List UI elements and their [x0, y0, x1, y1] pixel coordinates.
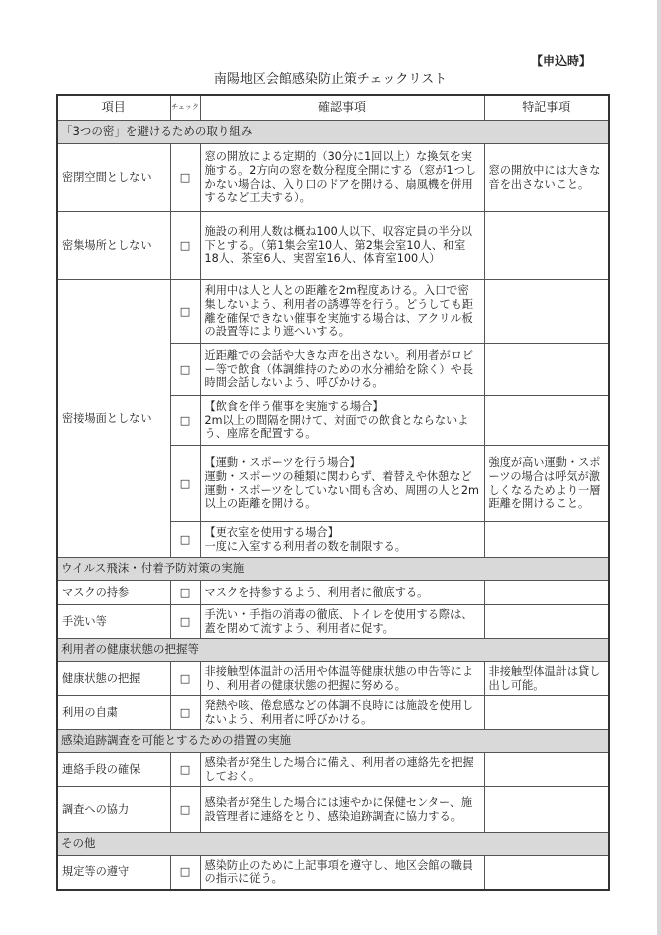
header-notes: 特記事項: [484, 95, 609, 121]
section-header: 「3つの密」を避けるための取り組み: [57, 121, 609, 144]
checkbox[interactable]: □: [170, 856, 200, 890]
section-header: その他: [57, 833, 609, 856]
item-cell: 規定等の遵守: [57, 856, 170, 890]
table-row: 健康状態の把握□非接触型体温計の活用や体温等健康状態の申告等により、利用者の健康…: [57, 662, 609, 696]
checkbox[interactable]: □: [170, 662, 200, 696]
notes-cell: [484, 280, 609, 344]
table-row: 規定等の遵守□感染防止のために上記事項を遵守し、地区会館の職員の指示に従う。: [57, 856, 609, 890]
table-row: マスクの持参□マスクを持参するよう、利用者に徹底する。: [57, 581, 609, 605]
notes-cell: 窓の開放中には大きな音を出さないこと。: [484, 144, 609, 212]
notes-cell: [484, 212, 609, 280]
table-row: 調査への協力□感染者が発生した場合には速やかに保健センター、施設管理者に連絡をと…: [57, 787, 609, 833]
checkbox[interactable]: □: [170, 522, 200, 558]
section-header: ウイルス飛沫・付着予防対策の実施: [57, 558, 609, 581]
confirm-cell: 近距離での会話や大きな声を出さない。利用者がロビー等で飲食（体調維持のための水分…: [200, 344, 484, 396]
confirm-cell: 利用中は人と人との距離を2m程度あける。入口で密集しないよう、利用者の誘導等を行…: [200, 280, 484, 344]
notes-cell: [484, 787, 609, 833]
notes-cell: [484, 344, 609, 396]
notes-cell: [484, 396, 609, 446]
section-title: 感染追跡調査を可能とするための措置の実施: [57, 730, 609, 753]
header-confirm: 確認事項: [200, 95, 484, 121]
table-row: 密集場所としない□施設の利用人数は概ね100人以下、収容定員の半分以下とする。（…: [57, 212, 609, 280]
checkbox[interactable]: □: [170, 753, 200, 787]
confirm-cell: 【飲食を伴う催事を実施する場合】 2m以上の間隔を開けて、対面での飲食とならない…: [200, 396, 484, 446]
checkbox[interactable]: □: [170, 446, 200, 522]
table-row: 連絡手段の確保□感染者が発生した場合に備え、利用者の連絡先を把握しておく。: [57, 753, 609, 787]
scan-edge: [657, 0, 661, 935]
confirm-cell: マスクを持参するよう、利用者に徹底する。: [200, 581, 484, 605]
header-item: 項目: [57, 95, 170, 121]
notes-cell: [484, 696, 609, 730]
checkbox[interactable]: □: [170, 212, 200, 280]
confirm-cell: 非接触型体温計の活用や体温等健康状態の申告等により、利用者の健康状態の把握に努め…: [200, 662, 484, 696]
confirm-cell: 【更衣室を使用する場合】 一度に入室する利用者の数を制限する。: [200, 522, 484, 558]
notes-cell: 強度が高い運動・スポーツの場合は呼気が激しくなるためより一層距離を開けること。: [484, 446, 609, 522]
checkbox[interactable]: □: [170, 396, 200, 446]
header-row: 項目 チェック 確認事項 特記事項: [57, 95, 609, 121]
checkbox[interactable]: □: [170, 787, 200, 833]
section-title: ウイルス飛沫・付着予防対策の実施: [57, 558, 609, 581]
section-title: 利用者の健康状態の把握等: [57, 639, 609, 662]
confirm-cell: 窓の開放による定期的（30分に1回以上）な換気を実施する。2方向の窓を数分程度全…: [200, 144, 484, 212]
page-title: 南陽地区会館感染防止策チェックリスト: [0, 68, 661, 87]
checkbox[interactable]: □: [170, 581, 200, 605]
item-cell: 密集場所としない: [57, 212, 170, 280]
confirm-cell: 感染防止のために上記事項を遵守し、地区会館の職員の指示に従う。: [200, 856, 484, 890]
section-title: その他: [57, 833, 609, 856]
item-cell: 利用の自粛: [57, 696, 170, 730]
confirm-cell: 【運動・スポーツを行う場合】 運動・スポーツの種類に関わらず、着替えや休憩など運…: [200, 446, 484, 522]
section-header: 利用者の健康状態の把握等: [57, 639, 609, 662]
notes-cell: [484, 753, 609, 787]
confirm-cell: 発熱や咳、倦怠感などの体調不良時には施設を使用しないよう、利用者に呼びかける。: [200, 696, 484, 730]
item-cell: 密接場面としない: [57, 280, 170, 558]
section-header: 感染追跡調査を可能とするための措置の実施: [57, 730, 609, 753]
table-row: 密接場面としない□利用中は人と人との距離を2m程度あける。入口で密集しないよう、…: [57, 280, 609, 344]
notes-cell: [484, 522, 609, 558]
checkbox[interactable]: □: [170, 144, 200, 212]
confirm-cell: 感染者が発生した場合には速やかに保健センター、施設管理者に連絡をとり、感染追跡調…: [200, 787, 484, 833]
notes-cell: [484, 581, 609, 605]
checkbox[interactable]: □: [170, 280, 200, 344]
confirm-cell: 手洗い・手指の消毒の徹底、トイレを使用する際は、蓋を閉めて流すよう、利用者に促す…: [200, 605, 484, 639]
section-title: 「3つの密」を避けるための取り組み: [57, 121, 609, 144]
checkbox[interactable]: □: [170, 344, 200, 396]
table-row: 手洗い等□手洗い・手指の消毒の徹底、トイレを使用する際は、蓋を閉めて流すよう、利…: [57, 605, 609, 639]
item-cell: 手洗い等: [57, 605, 170, 639]
notes-cell: [484, 605, 609, 639]
table-row: 利用の自粛□発熱や咳、倦怠感などの体調不良時には施設を使用しないよう、利用者に呼…: [57, 696, 609, 730]
item-cell: 健康状態の把握: [57, 662, 170, 696]
application-badge: 【申込時】: [531, 52, 591, 69]
checkbox[interactable]: □: [170, 605, 200, 639]
item-cell: 連絡手段の確保: [57, 753, 170, 787]
table-row: 密閉空間としない□窓の開放による定期的（30分に1回以上）な換気を実施する。2方…: [57, 144, 609, 212]
checklist-table: 項目 チェック 確認事項 特記事項 「3つの密」を避けるための取り組み密閉空間と…: [56, 94, 610, 891]
notes-cell: [484, 856, 609, 890]
confirm-cell: 感染者が発生した場合に備え、利用者の連絡先を把握しておく。: [200, 753, 484, 787]
item-cell: 密閉空間としない: [57, 144, 170, 212]
item-cell: 調査への協力: [57, 787, 170, 833]
confirm-cell: 施設の利用人数は概ね100人以下、収容定員の半分以下とする。（第1集会室10人、…: [200, 212, 484, 280]
notes-cell: 非接触型体温計は貸し出し可能。: [484, 662, 609, 696]
item-cell: マスクの持参: [57, 581, 170, 605]
header-check: チェック: [170, 95, 200, 121]
checkbox[interactable]: □: [170, 696, 200, 730]
